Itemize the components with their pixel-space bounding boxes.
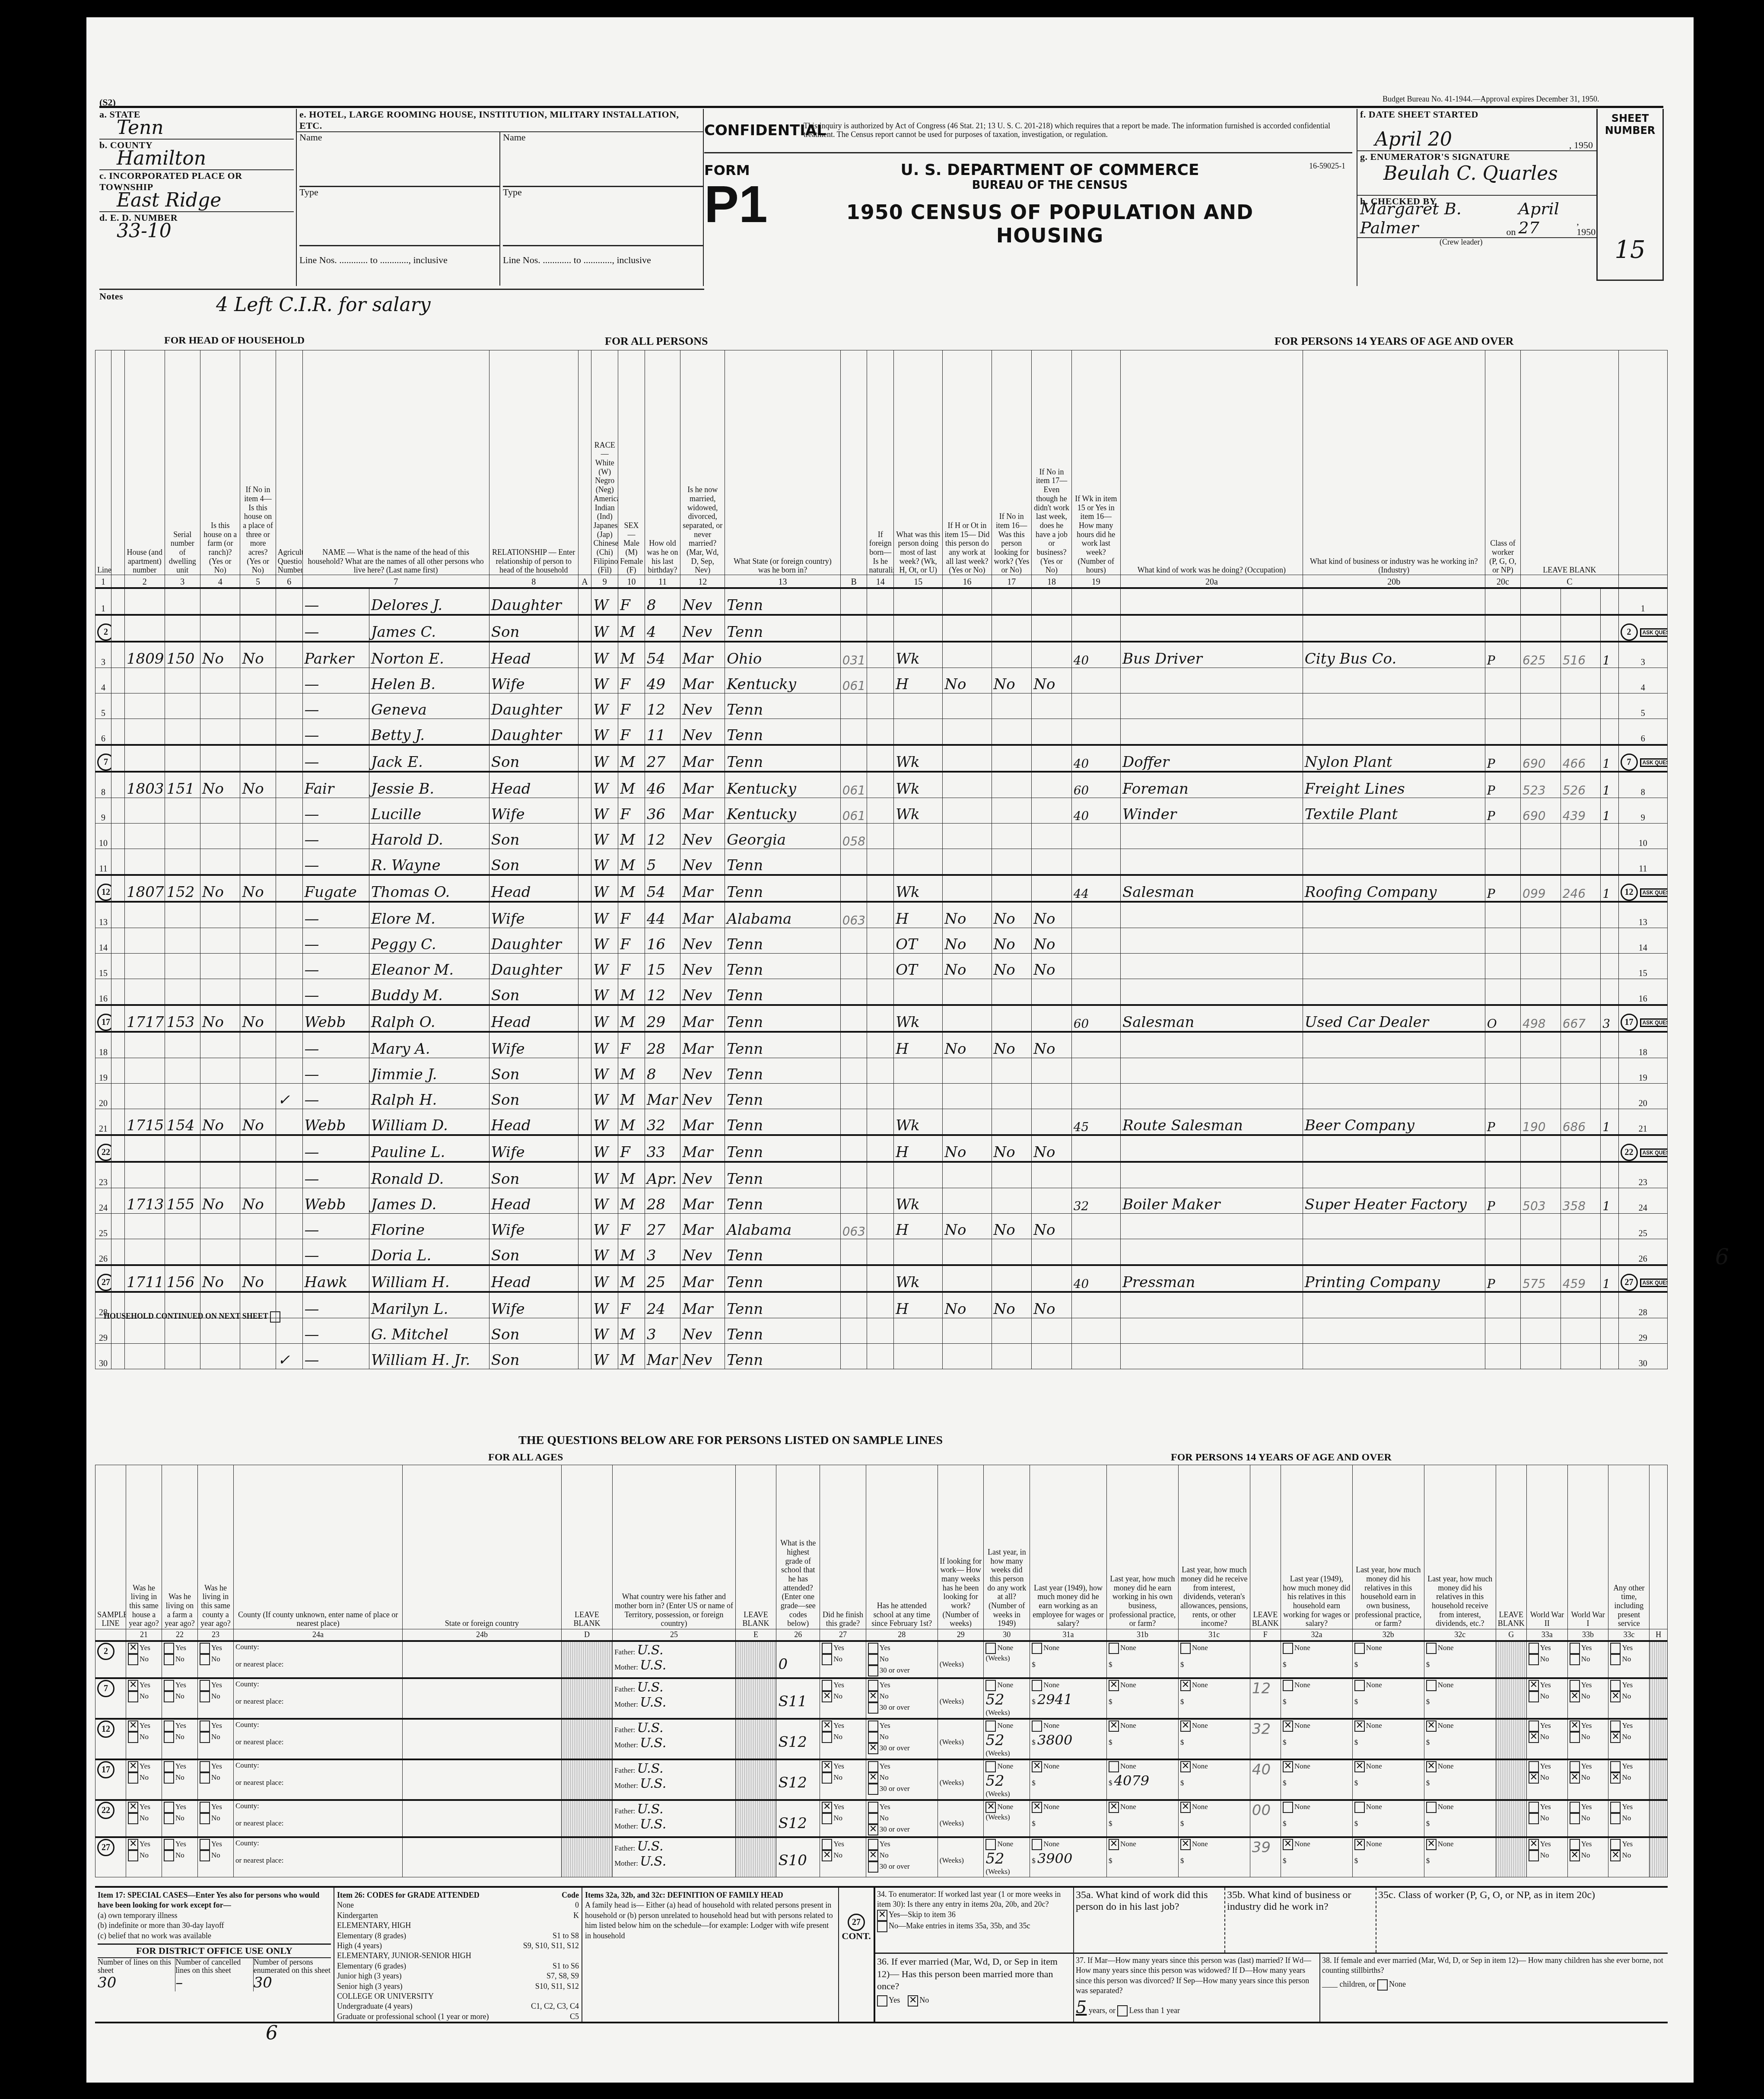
q36-yes-checkbox[interactable] xyxy=(877,1995,887,2007)
industry-cell: Super Heater Factory xyxy=(1303,1188,1485,1214)
ww1-no-checkbox[interactable] xyxy=(1570,1654,1580,1665)
other-service-yes-checkbox[interactable] xyxy=(1610,1680,1621,1691)
activity-cell: H xyxy=(894,1032,943,1058)
street-cell xyxy=(111,693,125,719)
marital-status-cell: Nev xyxy=(680,954,725,979)
q23-yes-checkbox[interactable] xyxy=(200,1839,210,1850)
line-number-right: 4 xyxy=(1618,668,1667,693)
sample-cell: None$ xyxy=(1424,1641,1496,1678)
other-service-no-checkbox[interactable]: ✕ xyxy=(1610,1732,1621,1743)
code-c2-cell: 686 xyxy=(1561,1109,1601,1135)
marital-status-cell: Mar xyxy=(680,1214,725,1239)
q31c-none-checkbox[interactable]: ✕ xyxy=(1180,1839,1191,1850)
q28-30-checkbox[interactable] xyxy=(868,1861,878,1873)
q28-yes-checkbox[interactable] xyxy=(868,1680,878,1691)
q32b-none-checkbox[interactable]: ✕ xyxy=(1354,1839,1365,1850)
q30-none-checkbox[interactable] xyxy=(985,1839,996,1850)
birthplace-cell: Tenn xyxy=(725,1032,841,1058)
ag-questionnaire-cell xyxy=(276,588,302,615)
q23-no-checkbox[interactable] xyxy=(200,1732,210,1743)
q38-none-checkbox[interactable] xyxy=(1377,1979,1388,1991)
worker-class-cell: P xyxy=(1485,798,1520,824)
q28-30-checkbox[interactable]: ✕ xyxy=(868,1743,878,1754)
q31a-none-checkbox[interactable]: ✕ xyxy=(1032,1802,1042,1813)
ww1-no-checkbox[interactable]: ✕ xyxy=(1570,1850,1580,1861)
q27-no-checkbox[interactable]: ✕ xyxy=(822,1691,832,1702)
q24b-header: State or foreign country xyxy=(403,1465,561,1629)
street-cell xyxy=(111,772,125,798)
sample-cell: None$ 3900 xyxy=(1030,1837,1107,1877)
q31a-none-checkbox[interactable] xyxy=(1032,1680,1042,1691)
colnum: 33b xyxy=(1567,1629,1608,1641)
code-c1-cell xyxy=(1521,615,1561,642)
did-work-cell xyxy=(943,693,992,719)
q21-yes-checkbox[interactable]: ✕ xyxy=(128,1680,138,1691)
q21-yes-checkbox[interactable]: ✕ xyxy=(128,1802,138,1813)
surname-cell: Webb xyxy=(302,1109,369,1135)
q28-30-checkbox[interactable]: ✕ xyxy=(868,1824,878,1835)
sample-line-number: 7 xyxy=(97,1680,114,1697)
q32a-none-checkbox[interactable]: ✕ xyxy=(1283,1839,1293,1850)
has-job-cell xyxy=(1032,875,1072,902)
q27-no-checkbox[interactable] xyxy=(822,1772,832,1784)
district-counts: Number of lines on this sheet30 Number o… xyxy=(98,1957,331,1991)
age-cell: 54 xyxy=(645,875,680,902)
q22-yes-checkbox[interactable] xyxy=(164,1680,174,1691)
sample-line-number: 17 xyxy=(97,1761,114,1778)
other-service-yes-checkbox[interactable] xyxy=(1610,1761,1621,1772)
q21-no-checkbox[interactable] xyxy=(128,1813,138,1824)
activity-cell xyxy=(894,615,943,642)
q21-yes-checkbox[interactable]: ✕ xyxy=(128,1839,138,1850)
worker-class-cell: O xyxy=(1485,1005,1520,1032)
did-work-cell: No xyxy=(943,1135,992,1162)
q22-no-checkbox[interactable] xyxy=(164,1772,174,1784)
colnum: 19 xyxy=(1071,575,1120,588)
q31c-none-checkbox[interactable]: ✕ xyxy=(1180,1761,1191,1772)
ww2-yes-checkbox[interactable] xyxy=(1529,1643,1539,1654)
q28-yes-checkbox[interactable] xyxy=(868,1802,878,1813)
q31b-none-checkbox[interactable]: ✕ xyxy=(1109,1802,1119,1813)
q28-30-checkbox[interactable] xyxy=(868,1702,878,1714)
q32b-none-checkbox[interactable]: ✕ xyxy=(1354,1721,1365,1732)
q22-yes-checkbox[interactable] xyxy=(164,1721,174,1732)
q21-no-checkbox[interactable] xyxy=(128,1691,138,1702)
acres-flag-cell xyxy=(240,1135,276,1162)
age-cell: 36 xyxy=(645,798,680,824)
code-c3-cell xyxy=(1601,1318,1618,1344)
household-continued-checkbox[interactable] xyxy=(270,1311,280,1323)
q31b-none-checkbox[interactable] xyxy=(1109,1643,1119,1654)
q23-yes-checkbox[interactable] xyxy=(200,1721,210,1732)
sample-cell xyxy=(735,1678,776,1719)
q23-no-checkbox[interactable] xyxy=(200,1850,210,1861)
q36-no-checkbox[interactable]: ✕ xyxy=(908,1995,918,2007)
q28-no-checkbox[interactable] xyxy=(868,1813,878,1824)
occupation-cell: Salesman xyxy=(1120,1005,1303,1032)
marital-status-cell: Mar xyxy=(680,1005,725,1032)
q30-none-checkbox[interactable] xyxy=(985,1761,996,1772)
q28-30-checkbox[interactable] xyxy=(868,1784,878,1795)
sample-cell: County:or nearest place: xyxy=(234,1800,403,1837)
age-cell: 27 xyxy=(645,1214,680,1239)
q22-yes-checkbox[interactable] xyxy=(164,1802,174,1813)
sample-cell: S12 xyxy=(776,1719,820,1759)
sample-cell: ✕YesNo xyxy=(820,1759,866,1800)
colnum xyxy=(1618,575,1667,588)
has-job-cell xyxy=(1032,979,1072,1005)
industry-cell xyxy=(1303,1084,1485,1109)
house-number-cell: 1803 xyxy=(124,772,165,798)
worker-class-cell: P xyxy=(1485,875,1520,902)
q27-yes-checkbox[interactable] xyxy=(822,1680,832,1691)
colnum: 18 xyxy=(1032,575,1072,588)
ag-questionnaire-cell xyxy=(276,745,302,772)
has-job-cell xyxy=(1032,588,1072,615)
looking-for-work-cell xyxy=(992,1265,1032,1292)
q22-no-checkbox[interactable] xyxy=(164,1813,174,1824)
acres-flag-cell xyxy=(240,668,276,693)
worker-class-cell xyxy=(1485,615,1520,642)
ww1-no-checkbox[interactable]: ✕ xyxy=(1570,1772,1580,1784)
q23-yes-checkbox[interactable] xyxy=(200,1802,210,1813)
q27-yes-checkbox[interactable] xyxy=(822,1839,832,1850)
q23-no-checkbox[interactable] xyxy=(200,1813,210,1824)
q30-none-checkbox[interactable] xyxy=(985,1680,996,1691)
house-number-cell: 1713 xyxy=(124,1188,165,1214)
q21-yes-checkbox[interactable]: ✕ xyxy=(128,1761,138,1772)
code-c2-cell: 466 xyxy=(1561,745,1601,772)
q30-none-checkbox[interactable] xyxy=(985,1643,996,1654)
checked-on-label: on xyxy=(1507,227,1516,237)
sample-cell: ✕None$ xyxy=(1281,1837,1352,1877)
q32a-none-checkbox[interactable]: ✕ xyxy=(1283,1721,1293,1732)
q21-no-checkbox[interactable] xyxy=(128,1850,138,1861)
q31b-none-checkbox[interactable]: ✕ xyxy=(1109,1680,1119,1691)
hours-worked-cell: 40 xyxy=(1071,1265,1120,1292)
q30-none-checkbox[interactable] xyxy=(985,1721,996,1732)
acres-flag-cell xyxy=(240,928,276,954)
sample-cell: YesNo xyxy=(162,1641,198,1678)
q35a: 35a. What kind of work did this person d… xyxy=(1074,1888,1225,1953)
ww2-no-checkbox[interactable] xyxy=(1529,1850,1539,1861)
did-work-cell xyxy=(943,719,992,745)
marital-status-cell: Nev xyxy=(680,588,725,615)
leave-blank-a-cell xyxy=(578,1162,591,1188)
acres-flag-cell xyxy=(240,1058,276,1084)
sample-cell: Yes✕No xyxy=(1608,1759,1650,1800)
race-cell: W xyxy=(591,1265,618,1292)
q22-no-checkbox[interactable] xyxy=(164,1654,174,1665)
looking-for-work-cell xyxy=(992,1344,1032,1369)
leave-blank-a-cell xyxy=(578,588,591,615)
q23-yes-checkbox[interactable] xyxy=(200,1643,210,1654)
q27-no-checkbox[interactable] xyxy=(822,1813,832,1824)
ww2-no-checkbox[interactable]: ✕ xyxy=(1529,1732,1539,1743)
hours-worked-cell xyxy=(1071,979,1120,1005)
race-cell: W xyxy=(591,1292,618,1318)
q28-no-checkbox[interactable] xyxy=(868,1732,878,1743)
q28-no-checkbox[interactable]: ✕ xyxy=(868,1850,878,1861)
ww1-no-checkbox[interactable] xyxy=(1570,1813,1580,1824)
code-f: 39 xyxy=(1252,1839,1271,1856)
q28-no-checkbox[interactable]: ✕ xyxy=(868,1772,878,1784)
line-number: 15 xyxy=(95,954,111,979)
street-cell xyxy=(111,824,125,849)
q31c-none-checkbox[interactable]: ✕ xyxy=(1180,1802,1191,1813)
q32a-none-checkbox[interactable] xyxy=(1283,1802,1293,1813)
q32b-none-checkbox[interactable]: ✕ xyxy=(1354,1761,1365,1772)
birthplace-cell: Tenn xyxy=(725,588,841,615)
given-name-cell: Florine xyxy=(369,1214,489,1239)
ww2-no-checkbox[interactable]: ✕ xyxy=(1529,1772,1539,1784)
sample-cell: YesNo xyxy=(162,1837,198,1877)
ag-questionnaire-cell xyxy=(276,1265,302,1292)
q32c-none-checkbox[interactable]: ✕ xyxy=(1426,1721,1437,1732)
q31c-none-checkbox[interactable] xyxy=(1180,1643,1191,1654)
race-cell: W xyxy=(591,1162,618,1188)
code-c2-cell xyxy=(1561,719,1601,745)
q22-no-checkbox[interactable] xyxy=(164,1850,174,1861)
ww2-yes-checkbox[interactable]: ✕ xyxy=(1529,1839,1539,1850)
has-job-cell xyxy=(1032,824,1072,849)
ag-questionnaire-cell xyxy=(276,642,302,668)
mother-birthplace: U.S. xyxy=(640,1736,666,1751)
q31a-none-checkbox[interactable]: ✕ xyxy=(1032,1761,1042,1772)
colnum: 27 xyxy=(820,1629,866,1641)
q27-yes-checkbox[interactable]: ✕ xyxy=(822,1721,832,1732)
ww1-yes-checkbox[interactable] xyxy=(1570,1761,1580,1772)
serial-number-cell xyxy=(165,615,200,642)
leave-blank-a-cell xyxy=(578,772,591,798)
given-name-cell: Mary A. xyxy=(369,1032,489,1058)
table-row: 20✓—Ralph H.SonWMMarNevTenn20 xyxy=(95,1084,1668,1109)
q23-yes-checkbox[interactable] xyxy=(200,1680,210,1691)
house-number-cell xyxy=(124,719,165,745)
other-service-yes-checkbox[interactable] xyxy=(1610,1839,1621,1850)
other-service-no-checkbox[interactable] xyxy=(1610,1813,1621,1824)
has-job-cell xyxy=(1032,1005,1072,1032)
q31b-none-checkbox[interactable]: ✕ xyxy=(1109,1721,1119,1732)
sample-cell: 32 xyxy=(1250,1719,1281,1759)
section-persons-14: FOR PERSONS 14 YEARS OF AGE AND OVER xyxy=(1275,335,1514,348)
acres-flag-cell xyxy=(240,588,276,615)
ww2-yes-checkbox[interactable] xyxy=(1529,1761,1539,1772)
sample-all-ages: FOR ALL AGES xyxy=(488,1452,563,1463)
q27-yes-checkbox[interactable] xyxy=(822,1643,832,1654)
colnum: C xyxy=(1521,575,1618,588)
sample-cell: YesNo xyxy=(162,1678,198,1719)
ww2-yes-checkbox[interactable] xyxy=(1529,1802,1539,1813)
naturalized-cell xyxy=(867,1032,894,1058)
q32b-none-checkbox[interactable] xyxy=(1354,1802,1365,1813)
colnum: 29 xyxy=(938,1629,984,1641)
q32b-none-checkbox[interactable] xyxy=(1354,1643,1365,1654)
q23-no-checkbox[interactable] xyxy=(200,1691,210,1702)
q32c-none-checkbox[interactable]: ✕ xyxy=(1426,1839,1437,1850)
ww1-yes-checkbox[interactable] xyxy=(1570,1839,1580,1850)
sample-cell xyxy=(735,1837,776,1877)
code-b-cell: 031 xyxy=(840,642,867,668)
q31a-none-checkbox[interactable] xyxy=(1032,1721,1042,1732)
q31c-none-checkbox[interactable]: ✕ xyxy=(1180,1680,1191,1691)
age-cell: 3 xyxy=(645,1318,680,1344)
hours-worked-cell xyxy=(1071,902,1120,928)
q32c-none-checkbox[interactable]: ✕ xyxy=(1426,1761,1437,1772)
q34-no-checkbox[interactable] xyxy=(877,1921,887,1932)
q32c-none-checkbox[interactable] xyxy=(1426,1643,1437,1654)
mother-birthplace: U.S. xyxy=(640,1695,666,1710)
hours-worked-cell xyxy=(1071,1344,1120,1369)
q22-no-checkbox[interactable] xyxy=(164,1691,174,1702)
q27-yes-checkbox[interactable]: ✕ xyxy=(822,1802,832,1813)
birthplace-cell: Georgia xyxy=(725,824,841,849)
hours-worked-cell xyxy=(1071,1214,1120,1239)
q22-yes-checkbox[interactable] xyxy=(164,1839,174,1850)
sample-cell: ✕None$ xyxy=(1352,1719,1424,1759)
q31a-none-checkbox[interactable] xyxy=(1032,1643,1042,1654)
q28-yes-checkbox[interactable] xyxy=(868,1839,878,1850)
code-c1-cell xyxy=(1521,1318,1561,1344)
sample-line-number: 22 xyxy=(97,1802,114,1819)
has-job-cell: No xyxy=(1032,1292,1072,1318)
ww1-no-checkbox[interactable] xyxy=(1570,1732,1580,1743)
worker-class-cell xyxy=(1485,1135,1520,1162)
sample-cell xyxy=(735,1759,776,1800)
given-name-cell: Ralph H. xyxy=(369,1084,489,1109)
ww2-yes-checkbox[interactable] xyxy=(1529,1721,1539,1732)
sex-cell: M xyxy=(618,979,645,1005)
leave-blank-a-cell xyxy=(578,798,591,824)
q27-no-checkbox[interactable] xyxy=(822,1732,832,1743)
relationship-cell: Head xyxy=(489,772,578,798)
sample-cell: ✕None$ xyxy=(1281,1719,1352,1759)
serial-number-cell: 156 xyxy=(165,1265,200,1292)
weeks-worked: 52 xyxy=(985,1691,1004,1708)
q32a-none-checkbox[interactable]: ✕ xyxy=(1283,1761,1293,1772)
code-c1-cell xyxy=(1521,1032,1561,1058)
q23-no-checkbox[interactable] xyxy=(200,1654,210,1665)
leave-blank-a-cell xyxy=(578,642,591,668)
ww1-no-checkbox[interactable]: ✕ xyxy=(1570,1691,1580,1702)
surname-cell: — xyxy=(302,1318,369,1344)
q27-no-checkbox[interactable]: ✕ xyxy=(822,1850,832,1861)
q34-yes-checkbox[interactable]: ✕ xyxy=(877,1910,887,1921)
q22-yes-checkbox[interactable] xyxy=(164,1643,174,1654)
q28-yes-checkbox[interactable] xyxy=(868,1761,878,1772)
street-cell xyxy=(111,1135,125,1162)
hours-worked-cell: 40 xyxy=(1071,798,1120,824)
q30-none-checkbox[interactable]: ✕ xyxy=(985,1802,996,1813)
ww2-yes-checkbox[interactable]: ✕ xyxy=(1529,1680,1539,1691)
sex-cell: M xyxy=(618,1265,645,1292)
q28-yes-checkbox[interactable] xyxy=(868,1721,878,1732)
q24a-header: County (If county unknown, enter name of… xyxy=(234,1465,403,1629)
ww1-yes-checkbox[interactable] xyxy=(1570,1680,1580,1691)
other-service-no-checkbox[interactable]: ✕ xyxy=(1610,1850,1621,1861)
q28-no-checkbox[interactable] xyxy=(868,1654,878,1665)
q21-yes-checkbox[interactable]: ✕ xyxy=(128,1643,138,1654)
q31b-none-checkbox[interactable]: ✕ xyxy=(1109,1839,1119,1850)
q32a-none-checkbox[interactable] xyxy=(1283,1680,1293,1691)
ww2-no-checkbox[interactable] xyxy=(1529,1691,1539,1702)
q22-no-checkbox[interactable] xyxy=(164,1732,174,1743)
q32a-none-checkbox[interactable] xyxy=(1283,1643,1293,1654)
house-number-cell xyxy=(124,1344,165,1369)
ww1-yes-checkbox[interactable]: ✕ xyxy=(1570,1721,1580,1732)
given-name-cell: James C. xyxy=(369,615,489,642)
other-service-no-checkbox[interactable]: ✕ xyxy=(1610,1691,1621,1702)
grade-code-item: ELEMENTARY, JUNIOR-SENIOR HIGH xyxy=(337,1951,579,1961)
colnum: 28 xyxy=(866,1629,938,1641)
q27-yes-checkbox[interactable]: ✕ xyxy=(822,1761,832,1772)
acres-flag-cell: No xyxy=(240,1109,276,1135)
farm-flag-cell xyxy=(200,1344,240,1369)
hours-worked-cell: 60 xyxy=(1071,1005,1120,1032)
q32c-none-checkbox[interactable] xyxy=(1426,1802,1437,1813)
marital-status-cell: Nev xyxy=(680,1318,725,1344)
q33b-header: World War I xyxy=(1567,1465,1608,1629)
colnum: G xyxy=(1496,1629,1526,1641)
q28-no-checkbox[interactable]: ✕ xyxy=(868,1691,878,1702)
q21-no-checkbox[interactable] xyxy=(128,1732,138,1743)
q28-yes-checkbox[interactable] xyxy=(868,1643,878,1654)
code-c3-cell xyxy=(1601,979,1618,1005)
occupation-cell xyxy=(1120,1084,1303,1109)
code-b-cell xyxy=(840,693,867,719)
ww2-no-checkbox[interactable] xyxy=(1529,1813,1539,1824)
other-service-yes-checkbox[interactable] xyxy=(1610,1802,1621,1813)
code-c1-cell: 523 xyxy=(1521,772,1561,798)
has-job-cell xyxy=(1032,798,1072,824)
age-cell: 28 xyxy=(645,1032,680,1058)
q21-no-checkbox[interactable] xyxy=(128,1654,138,1665)
other-service-yes-checkbox[interactable] xyxy=(1610,1643,1621,1654)
q23-no-checkbox[interactable] xyxy=(200,1772,210,1784)
acres-flag-cell xyxy=(240,693,276,719)
q28-30-checkbox[interactable] xyxy=(868,1665,878,1676)
q21-yes-checkbox[interactable]: ✕ xyxy=(128,1721,138,1732)
other-service-no-checkbox[interactable]: ✕ xyxy=(1610,1772,1621,1784)
q31b-none-checkbox[interactable] xyxy=(1109,1761,1119,1772)
q32b-none-checkbox[interactable] xyxy=(1354,1680,1365,1691)
q23-yes-checkbox[interactable] xyxy=(200,1761,210,1772)
line-number-right: 20 xyxy=(1618,1084,1667,1109)
ww2-no-checkbox[interactable] xyxy=(1529,1654,1539,1665)
q31a-none-checkbox[interactable] xyxy=(1032,1839,1042,1850)
has-job-cell: No xyxy=(1032,928,1072,954)
ww1-yes-checkbox[interactable] xyxy=(1570,1643,1580,1654)
q27-no-checkbox[interactable] xyxy=(822,1654,832,1665)
q31c-none-checkbox[interactable]: ✕ xyxy=(1180,1721,1191,1732)
cont-label: CONT. xyxy=(839,1931,874,1941)
q32c-none-checkbox[interactable] xyxy=(1426,1680,1437,1691)
col-15-header: What was this person doing most of last … xyxy=(894,350,943,575)
sample-cell: None52(Weeks) xyxy=(984,1759,1030,1800)
other-service-no-checkbox[interactable] xyxy=(1610,1654,1621,1665)
sample-cell: YesNo xyxy=(162,1719,198,1759)
q37-less-checkbox[interactable] xyxy=(1117,2005,1128,2016)
occupation-cell xyxy=(1120,588,1303,615)
supplemental-questions: 34. To enumerator: If worked last year (… xyxy=(875,1888,1668,2022)
other-service-yes-checkbox[interactable] xyxy=(1610,1721,1621,1732)
q22-yes-checkbox[interactable] xyxy=(164,1761,174,1772)
birthplace-cell: Alabama xyxy=(725,902,841,928)
given-name-cell: Marilyn L. xyxy=(369,1292,489,1318)
q21-no-checkbox[interactable] xyxy=(128,1772,138,1784)
colnum: 8 xyxy=(489,575,578,588)
ww1-yes-checkbox[interactable] xyxy=(1570,1802,1580,1813)
